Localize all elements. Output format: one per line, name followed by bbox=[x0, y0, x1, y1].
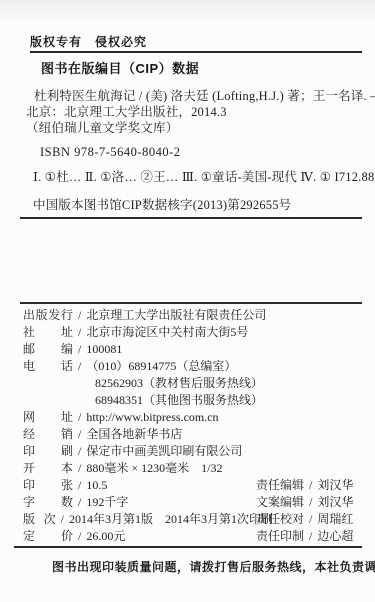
separator: / bbox=[78, 460, 81, 477]
label-char: 数 bbox=[61, 494, 73, 511]
cip-line-4: ISBN 978-7-5640-8040-2 bbox=[26, 144, 366, 160]
label-char: 出 bbox=[23, 307, 35, 324]
editor-role: 责任编辑 bbox=[256, 477, 304, 494]
separator: / bbox=[78, 409, 81, 426]
separator: / bbox=[309, 511, 312, 528]
label-char: 印 bbox=[23, 443, 35, 460]
label-char: 责 bbox=[256, 511, 268, 528]
info-label: 开本 bbox=[23, 460, 73, 477]
cip-block: 杜利特医生航海记 / (美) 洛夫廷 (Lofting,H.J.) 著；王一名译… bbox=[26, 88, 366, 213]
label-char: 校 bbox=[280, 511, 292, 528]
divider-bottom bbox=[14, 546, 362, 548]
info-value: 北京理工大学出版社有限责任公司 bbox=[86, 307, 266, 324]
label-char: 制 bbox=[292, 528, 304, 545]
info-label: 定价 bbox=[23, 528, 73, 545]
editor-row: 责任编辑/刘汉华 bbox=[256, 477, 353, 494]
label-char: 社 bbox=[23, 324, 35, 341]
divider-cip-bottom bbox=[20, 217, 362, 219]
info-value: 10.5 bbox=[86, 477, 107, 494]
editors-column: 责任编辑/刘汉华文案编辑/刘汉华责任校对/周瑞红责任印制/边心超 bbox=[256, 477, 353, 545]
editor-role: 责任校对 bbox=[256, 511, 304, 528]
info-value: 880毫米 × 1230毫米 1/32 bbox=[86, 460, 222, 477]
label-char: 任 bbox=[268, 477, 280, 494]
label-char: 行 bbox=[61, 307, 73, 324]
label-char: 对 bbox=[292, 511, 304, 528]
info-label: 电话 bbox=[23, 358, 73, 375]
info-row: 印刷/保定市中画美凯印刷有限公司 bbox=[23, 443, 273, 460]
info-label: 印张 bbox=[23, 477, 73, 494]
label-char: 字 bbox=[23, 494, 35, 511]
editor-role: 责任印制 bbox=[256, 528, 304, 545]
info-row: 印张/10.5 bbox=[23, 477, 273, 494]
editor-name: 刘汉华 bbox=[317, 494, 353, 511]
label-char: 本 bbox=[61, 460, 73, 477]
info-value: 68948351（其他图书服务热线） bbox=[95, 392, 263, 409]
separator: / bbox=[309, 528, 312, 545]
separator: / bbox=[78, 426, 81, 443]
info-row: 字数/192千字 bbox=[23, 494, 273, 511]
separator: / bbox=[78, 443, 81, 460]
colophon-page: 版权专有 侵权必究 图书在版编目（CIP）数据 杜利特医生航海记 / (美) 洛… bbox=[0, 0, 375, 602]
separator: / bbox=[309, 477, 312, 494]
editor-name: 刘汉华 bbox=[317, 477, 353, 494]
label-char: 次 bbox=[44, 511, 56, 528]
info-row: 版次/2014年3月第1版 2014年3月第1次印刷 bbox=[23, 511, 273, 528]
separator: / bbox=[61, 511, 64, 528]
label-char: 案 bbox=[268, 494, 280, 511]
info-label: 网址 bbox=[23, 409, 73, 426]
label-char: 版 bbox=[23, 511, 35, 528]
label-char: 任 bbox=[268, 528, 280, 545]
label-char: 编 bbox=[280, 494, 292, 511]
separator: / bbox=[78, 528, 81, 545]
info-row: 邮编/100081 bbox=[23, 341, 273, 358]
info-label: 社址 bbox=[23, 324, 73, 341]
cip-line-6: 中国版本图书馆CIP数据核字(2013)第292655号 bbox=[26, 197, 366, 213]
label-char: 开 bbox=[23, 460, 35, 477]
info-value: 82562903（教材售后服务热线） bbox=[95, 375, 263, 392]
label-char: 经 bbox=[23, 426, 35, 443]
label-char: 话 bbox=[61, 358, 73, 375]
cip-line-5: Ⅰ. ①杜… Ⅱ. ①洛… ②王… Ⅲ. ①童话-美国-现代 Ⅳ. ① I712… bbox=[26, 169, 366, 185]
editor-name: 周瑞红 bbox=[317, 511, 353, 528]
cip-line-2: 北京：北京理工大学出版社，2014.3 bbox=[26, 104, 366, 120]
label-char: 价 bbox=[61, 528, 73, 545]
label-char: 销 bbox=[61, 426, 73, 443]
label-char: 网 bbox=[23, 409, 35, 426]
divider-publisher-top bbox=[20, 302, 362, 304]
info-value: 北京市海淀区中关村南大街5号 bbox=[86, 324, 248, 341]
info-row: 定价/26.00元 bbox=[23, 528, 273, 545]
quality-service-note: 图书出现印装质量问题，请拨打售后服务热线，本社负责调换 bbox=[0, 558, 375, 575]
label-char: 邮 bbox=[23, 341, 35, 358]
label-char: 张 bbox=[61, 477, 73, 494]
label-char: 发 bbox=[48, 307, 60, 324]
label-char: 辑 bbox=[292, 477, 304, 494]
info-value: 26.00元 bbox=[86, 528, 125, 545]
separator: / bbox=[309, 494, 312, 511]
info-row: 68948351（其他图书服务热线） bbox=[23, 392, 273, 409]
label-char: 编 bbox=[61, 341, 73, 358]
info-value: 192千字 bbox=[86, 494, 128, 511]
label-char: 址 bbox=[61, 409, 73, 426]
info-value: http://www.bitpress.com.cn bbox=[86, 409, 218, 426]
editor-row: 责任印制/边心超 bbox=[256, 528, 353, 545]
info-row: 经销/全国各地新华书店 bbox=[23, 426, 273, 443]
cip-line-1: 杜利特医生航海记 / (美) 洛夫廷 (Lofting,H.J.) 著；王一名译… bbox=[26, 88, 366, 104]
info-value: 全国各地新华书店 bbox=[86, 426, 182, 443]
info-row: 网址/http://www.bitpress.com.cn bbox=[23, 409, 273, 426]
label-char: 版 bbox=[36, 307, 48, 324]
publisher-info: 出版发行/北京理工大学出版社有限责任公司社址/北京市海淀区中关村南大街5号邮编/… bbox=[23, 307, 273, 545]
info-value: 2014年3月第1版 2014年3月第1次印刷 bbox=[69, 511, 273, 528]
label-char: 印 bbox=[280, 528, 292, 545]
copyright-notice: 版权专有 侵权必究 bbox=[30, 33, 147, 50]
label-char: 文 bbox=[256, 494, 268, 511]
editor-row: 文案编辑/刘汉华 bbox=[256, 494, 353, 511]
editor-row: 责任校对/周瑞红 bbox=[256, 511, 353, 528]
info-label: 印刷 bbox=[23, 443, 73, 460]
info-row: 社址/北京市海淀区中关村南大街5号 bbox=[23, 324, 273, 341]
label-char: 定 bbox=[23, 528, 35, 545]
label-char: 责 bbox=[256, 528, 268, 545]
separator: / bbox=[78, 494, 81, 511]
info-row: 出版发行/北京理工大学出版社有限责任公司 bbox=[23, 307, 273, 324]
info-label: 经销 bbox=[23, 426, 73, 443]
info-row: 开本/880毫米 × 1230毫米 1/32 bbox=[23, 460, 273, 477]
info-value: 保定市中画美凯印刷有限公司 bbox=[86, 443, 242, 460]
cip-title: 图书在版编目（CIP）数据 bbox=[41, 58, 199, 77]
separator: / bbox=[78, 307, 81, 324]
cip-line-3: （纽伯瑞儿童文学奖文库） bbox=[26, 120, 366, 136]
separator: / bbox=[78, 358, 81, 375]
separator: / bbox=[78, 477, 81, 494]
label-char: 任 bbox=[268, 511, 280, 528]
label-char: 刷 bbox=[61, 443, 73, 460]
info-label: 邮编 bbox=[23, 341, 73, 358]
info-row: 82562903（教材售后服务热线） bbox=[23, 375, 273, 392]
info-label: 字数 bbox=[23, 494, 73, 511]
editor-role: 文案编辑 bbox=[256, 494, 304, 511]
info-value: （010）68914775（总编室） bbox=[86, 358, 236, 375]
label-char: 编 bbox=[280, 477, 292, 494]
label-char: 辑 bbox=[292, 494, 304, 511]
label-char: 印 bbox=[23, 477, 35, 494]
info-value: 100081 bbox=[86, 341, 122, 358]
divider-top bbox=[30, 51, 362, 53]
label-char: 址 bbox=[61, 324, 73, 341]
info-row: 电话/（010）68914775（总编室） bbox=[23, 358, 273, 375]
editor-name: 边心超 bbox=[317, 528, 353, 545]
separator: / bbox=[78, 324, 81, 341]
label-char: 责 bbox=[256, 477, 268, 494]
label-char: 电 bbox=[23, 358, 35, 375]
separator: / bbox=[78, 341, 81, 358]
info-label: 出版发行 bbox=[23, 307, 73, 324]
info-label: 版次 bbox=[23, 511, 56, 528]
